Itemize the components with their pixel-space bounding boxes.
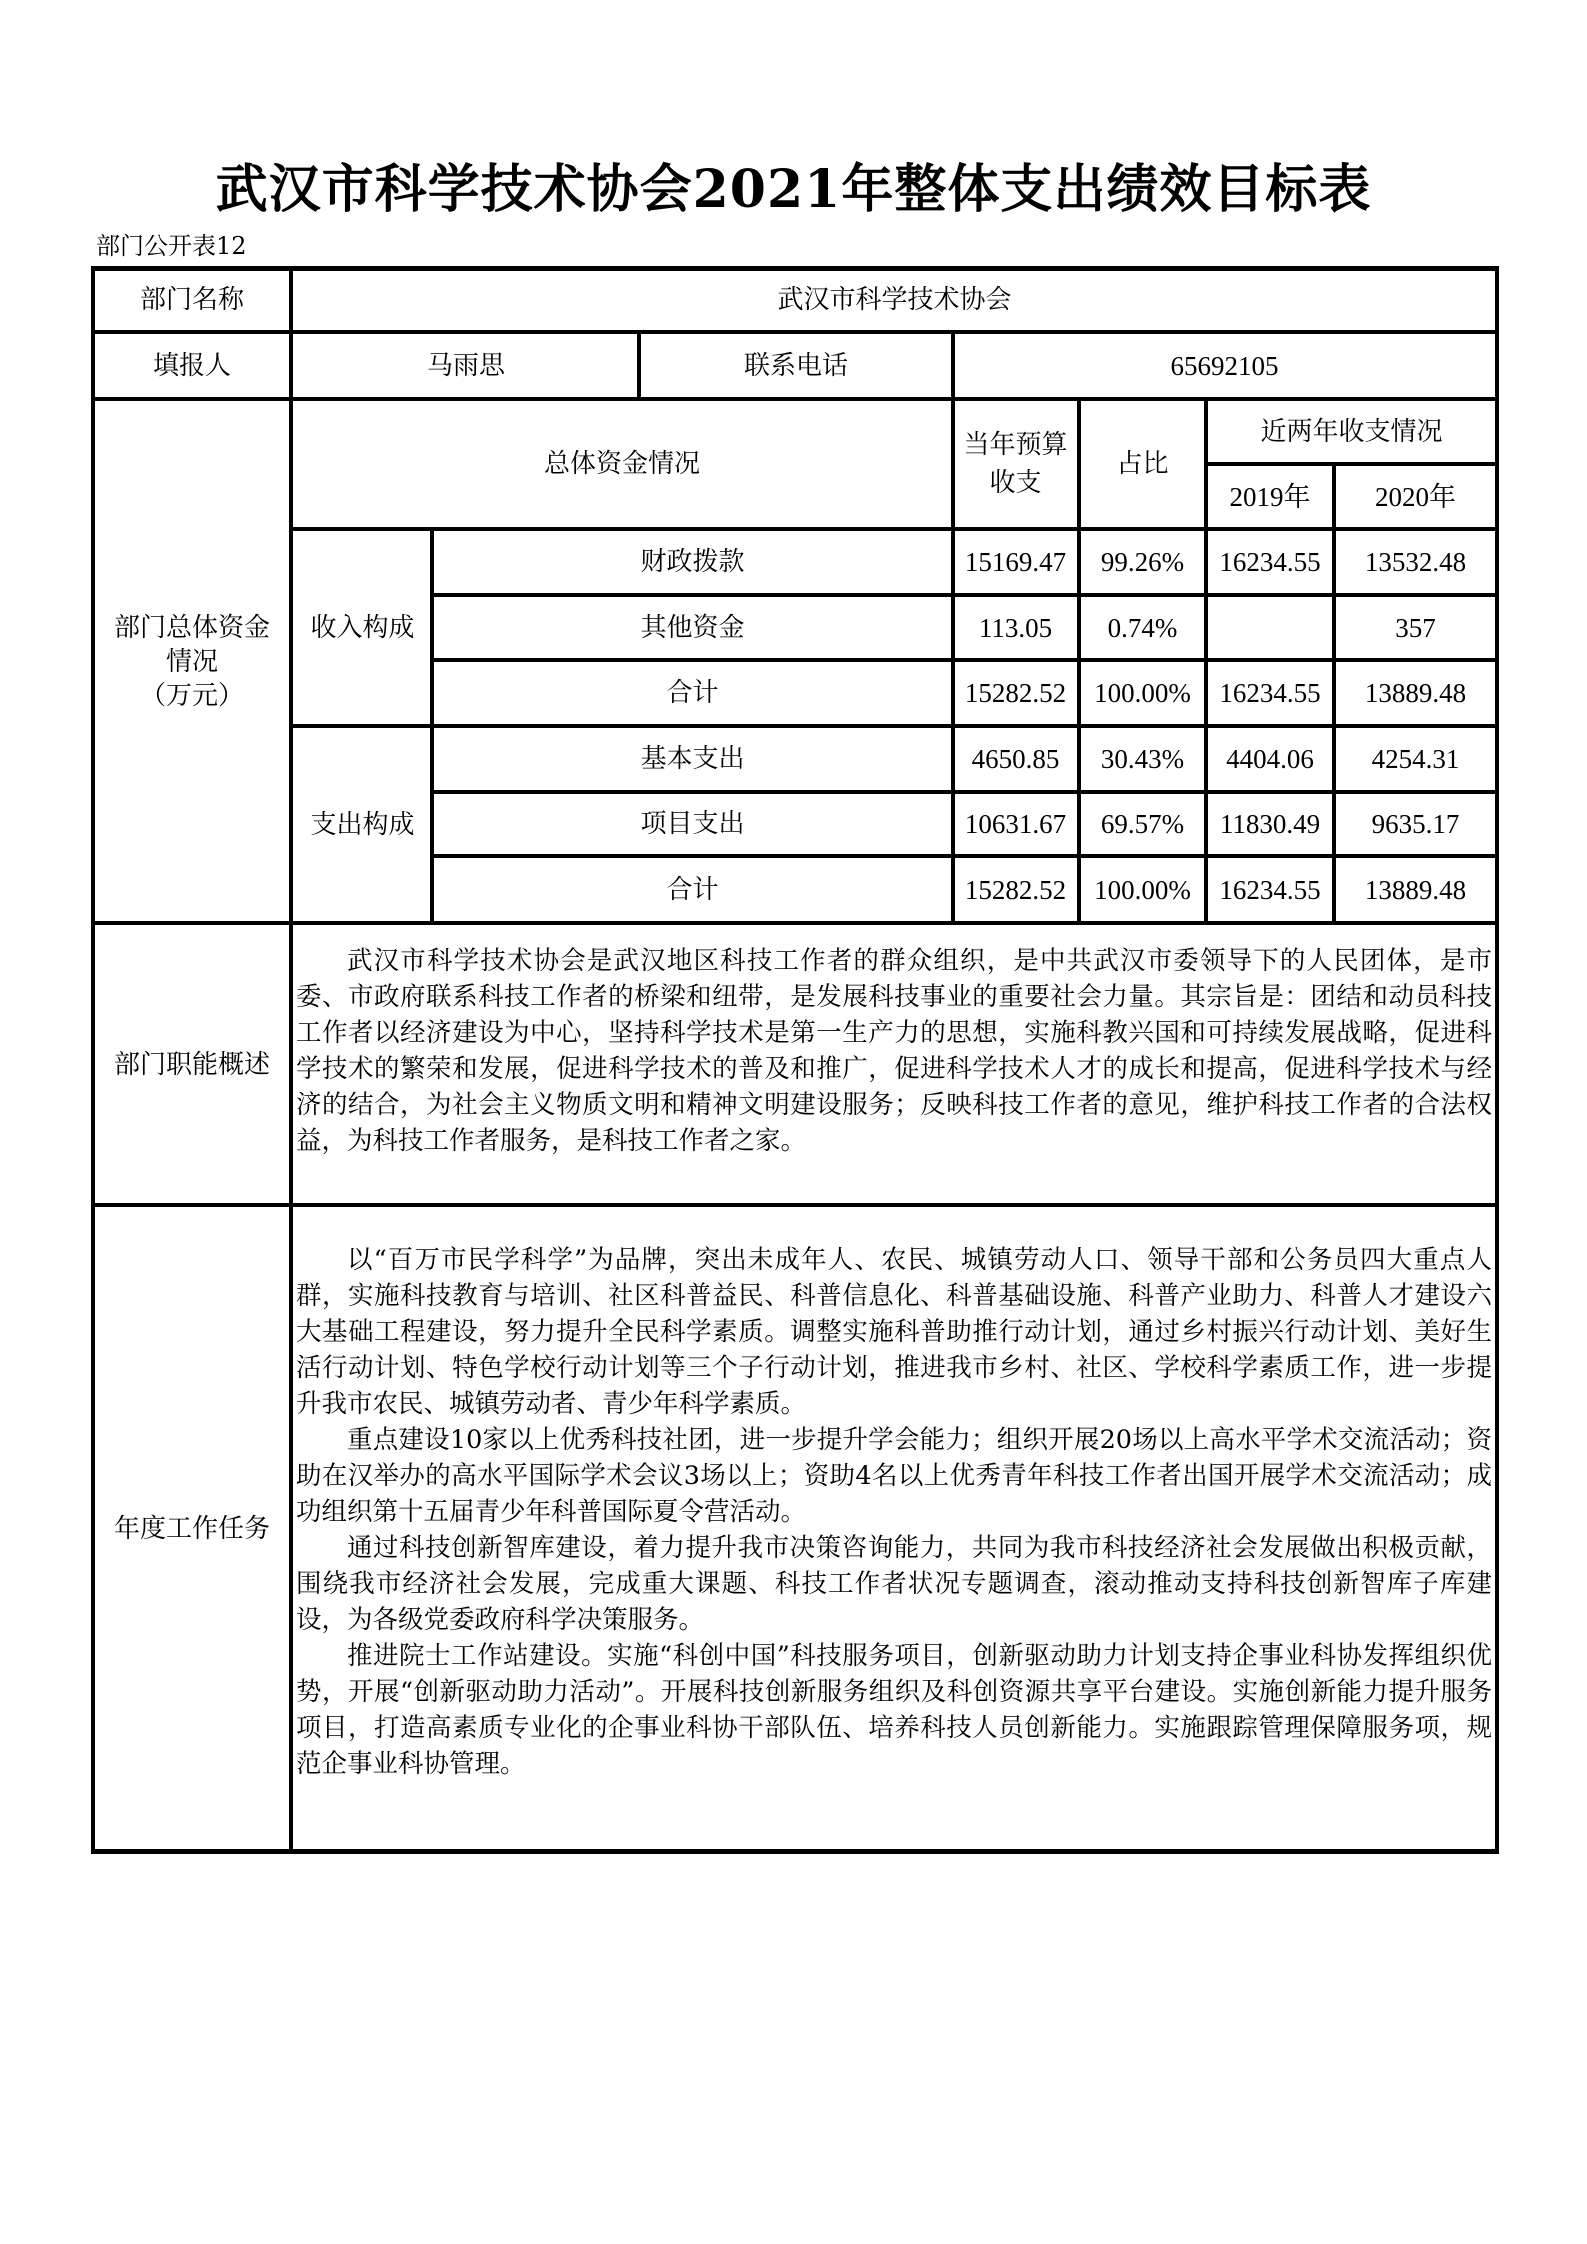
function-paragraph: 武汉市科学技术协会是武汉地区科技工作者的群众组织，是中共武汉市委领导下的人民团体… (296, 943, 1492, 1159)
header-overall: 总体资金情况 (293, 400, 951, 528)
task-paragraph: 通过科技创新智库建设，着力提升我市决策咨询能力，共同为我市科技经济社会发展做出积… (296, 1530, 1492, 1638)
reporter-label: 填报人 (93, 333, 291, 398)
table-border (1205, 462, 1499, 466)
row-share: 0.74% (1080, 596, 1205, 659)
tasks-text: 以“百万市民学科学”为品牌，突出未成年人、农民、城镇劳动人口、领导干部和公务员四… (296, 1242, 1492, 1782)
table-border (1495, 266, 1499, 1854)
table-border (432, 854, 1499, 858)
dept-name-value: 武汉市科学技术协会 (293, 269, 1496, 331)
task-paragraph: 重点建设10家以上优秀科技社团，进一步提升学会能力；组织开展20场以上高水平学术… (296, 1422, 1492, 1530)
table-border (432, 593, 1499, 597)
table-border (432, 658, 1499, 662)
income-group-label: 收入构成 (293, 530, 432, 725)
row-2020: 13532.48 (1335, 530, 1496, 594)
row-2019: 16234.55 (1207, 857, 1333, 923)
row-2019: 4404.06 (1207, 727, 1333, 791)
page-title: 武汉市科学技术协会2021年整体支出绩效目标表 (0, 158, 1587, 222)
row-share: 69.57% (1080, 793, 1205, 855)
table-border (91, 330, 1499, 334)
row-2020: 9635.17 (1335, 793, 1496, 855)
table-border (91, 921, 1499, 925)
row-share: 30.43% (1080, 727, 1205, 791)
row-2020: 4254.31 (1335, 727, 1496, 791)
table-border (637, 330, 641, 400)
tasks-label: 年度工作任务 (93, 1207, 291, 1851)
table-border (951, 330, 955, 924)
task-paragraph: 推进院士工作站建设。实施“科创中国”科技服务项目，创新驱动助力计划支持企事业科协… (296, 1638, 1492, 1782)
row-2020: 13889.48 (1335, 857, 1496, 923)
table-border (1204, 397, 1208, 924)
row-budget: 113.05 (953, 596, 1078, 659)
funds-label-line2: 情况 (166, 645, 218, 679)
row-share: 100.00% (1080, 661, 1205, 725)
header-recent: 近两年收支情况 (1207, 400, 1496, 463)
row-2020: 357 (1335, 596, 1496, 659)
row-share: 99.26% (1080, 530, 1205, 594)
funds-label-line3: （万元） (140, 679, 244, 713)
row-budget: 15169.47 (953, 530, 1078, 594)
function-text: 武汉市科学技术协会是武汉地区科技工作者的群众组织，是中共武汉市委领导下的人民团体… (296, 943, 1492, 1159)
table-border (432, 790, 1499, 794)
row-budget: 10631.67 (953, 793, 1078, 855)
table-code: 部门公开表12 (96, 230, 247, 262)
table-border (91, 266, 95, 1854)
funds-section-label: 部门总体资金 情况 （万元） (93, 400, 291, 923)
header-2020: 2020年 (1335, 465, 1496, 528)
row-budget: 15282.52 (953, 857, 1078, 923)
reporter-value: 马雨思 (293, 333, 639, 398)
row-item: 基本支出 (434, 727, 951, 791)
table-border (291, 527, 1499, 531)
phone-label: 联系电话 (641, 333, 951, 398)
row-budget: 4650.85 (953, 727, 1078, 791)
row-share: 100.00% (1080, 857, 1205, 923)
table-border (91, 1849, 1499, 1854)
table-border (91, 1203, 1499, 1207)
header-budget-line2: 收支 (989, 464, 1041, 502)
row-item: 财政拨款 (434, 530, 951, 594)
expense-group-label: 支出构成 (293, 727, 432, 923)
table-border (291, 724, 1499, 728)
header-share: 占比 (1080, 400, 1205, 528)
header-budget: 当年预算 收支 (953, 400, 1078, 528)
row-2020: 13889.48 (1335, 661, 1496, 725)
row-item: 项目支出 (434, 793, 951, 855)
row-budget: 15282.52 (953, 661, 1078, 725)
task-paragraph: 以“百万市民学科学”为品牌，突出未成年人、农民、城镇劳动人口、领导干部和公务员四… (296, 1242, 1492, 1422)
row-item: 其他资金 (434, 596, 951, 659)
phone-value: 65692105 (953, 333, 1496, 398)
row-2019: 11830.49 (1207, 793, 1333, 855)
function-label: 部门职能概述 (93, 925, 291, 1205)
dept-name-label: 部门名称 (93, 269, 291, 331)
header-budget-line1: 当年预算 (963, 426, 1067, 464)
table-border (91, 397, 1499, 401)
funds-label-line1: 部门总体资金 (114, 611, 270, 645)
row-2019: 16234.55 (1207, 530, 1333, 594)
table-border (430, 527, 434, 924)
row-2019 (1207, 596, 1333, 659)
row-item: 合计 (434, 661, 951, 725)
row-item: 合计 (434, 857, 951, 923)
header-2019: 2019年 (1207, 465, 1333, 528)
table-border (289, 266, 293, 1854)
table-border (91, 266, 1499, 271)
table-border (1332, 462, 1336, 924)
table-border (1077, 397, 1081, 924)
row-2019: 16234.55 (1207, 661, 1333, 725)
